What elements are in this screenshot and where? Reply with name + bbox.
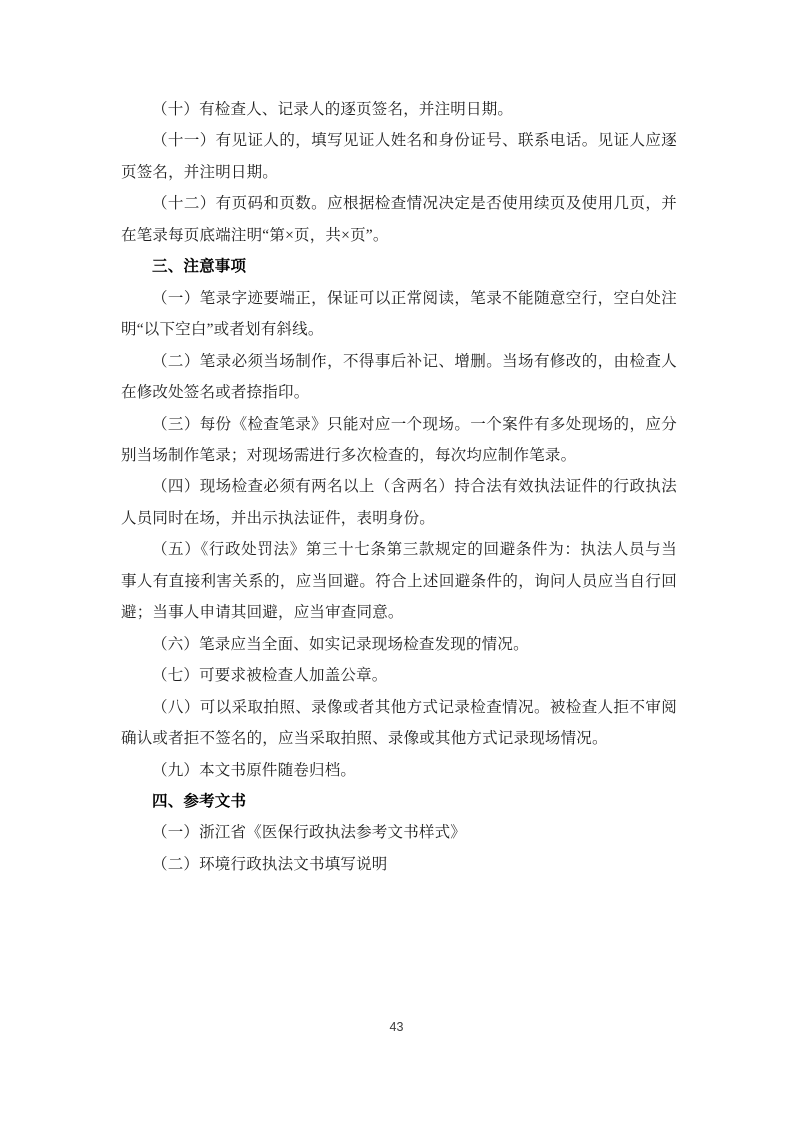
- paragraph: （十）有检查人、记录人的逐页签名，并注明日期。: [121, 94, 677, 125]
- section-heading: 三、注意事项: [121, 251, 677, 282]
- paragraph: （二）笔录必须当场制作，不得事后补记、增删。当场有修改的，由检查人在修改处签名或…: [121, 346, 677, 409]
- paragraph: （八）可以采取拍照、录像或者其他方式记录检查情况。被检查人拒不审阅确认或者拒不签…: [121, 692, 677, 755]
- paragraph: （三）每份《检查笔录》只能对应一个现场。一个案件有多处现场的，应分别当场制作笔录…: [121, 409, 677, 472]
- paragraph: （九）本文书原件随卷归档。: [121, 755, 677, 786]
- paragraph: （四）现场检查必须有两名以上（含两名）持合法有效执法证件的行政执法人员同时在场，…: [121, 471, 677, 534]
- paragraph: （二）环境行政执法文书填写说明: [121, 849, 677, 880]
- document-page: （十）有检查人、记录人的逐页签名，并注明日期。（十一）有见证人的，填写见证人姓名…: [0, 0, 793, 1122]
- paragraph: （七）可要求被检查人加盖公章。: [121, 660, 677, 691]
- paragraph: （十二）有页码和页数。应根据检查情况决定是否使用续页及使用几页，并在笔录每页底端…: [121, 188, 677, 251]
- paragraph: （一）笔录字迹要端正，保证可以正常阅读，笔录不能随意空行，空白处注明“以下空白”…: [121, 283, 677, 346]
- section-heading: 四、参考文书: [121, 786, 677, 817]
- page-number: 43: [0, 1019, 793, 1035]
- paragraph: （六）笔录应当全面、如实记录现场检查发现的情况。: [121, 629, 677, 660]
- paragraph: （十一）有见证人的，填写见证人姓名和身份证号、联系电话。见证人应逐页签名，并注明…: [121, 125, 677, 188]
- paragraph: （一）浙江省《医保行政执法参考文书样式》: [121, 817, 677, 848]
- paragraph: （五）《行政处罚法》第三十七条第三款规定的回避条件为：执法人员与当事人有直接利害…: [121, 534, 677, 628]
- document-body: （十）有检查人、记录人的逐页签名，并注明日期。（十一）有见证人的，填写见证人姓名…: [121, 94, 677, 880]
